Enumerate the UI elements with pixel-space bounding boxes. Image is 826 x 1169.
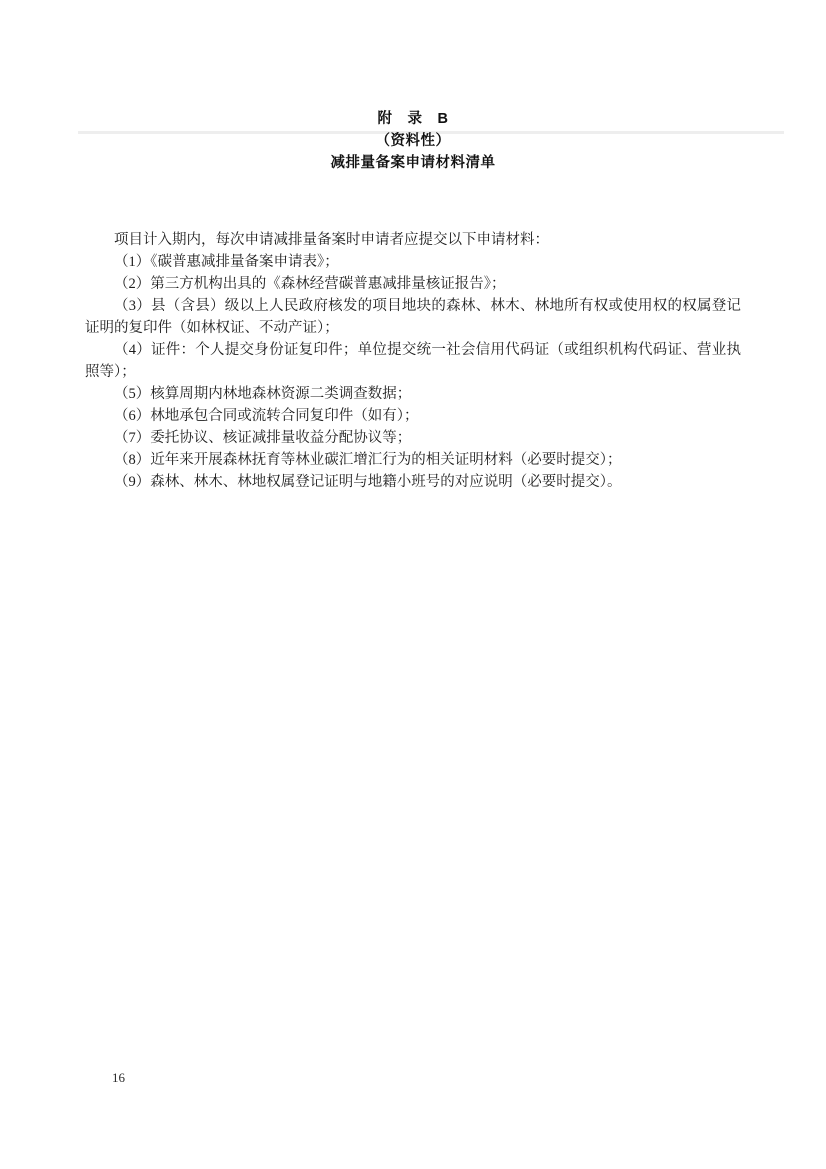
material-item-6: （6）林地承包合同或流转合同复印件（如有）；	[85, 405, 741, 427]
material-item-9: （9）森林、林木、林地权属登记证明与地籍小班号的对应说明（必要时提交）。	[85, 471, 741, 493]
document-page: 附 录 B （资料性） 减排量备案申请材料清单 项目计入期内，每次申请减排量备案…	[0, 0, 826, 1169]
material-item-4: （4）证件：个人提交身份证复印件；单位提交统一社会信用代码证（或组织机构代码证、…	[85, 339, 741, 383]
appendix-heading-block: 附 录 B （资料性） 减排量备案申请材料清单	[0, 108, 826, 174]
material-item-7: （7）委托协议、核证减排量收益分配协议等；	[85, 427, 741, 449]
material-item-3: （3）县（含县）级以上人民政府核发的项目地块的森林、林木、林地所有权或使用权的权…	[85, 295, 741, 339]
appendix-type-note: （资料性）	[0, 130, 826, 152]
material-item-8: （8）近年来开展森林抚育等林业碳汇增汇行为的相关证明材料（必要时提交）；	[85, 449, 741, 471]
appendix-label: 附 录 B	[0, 108, 826, 130]
appendix-title: 减排量备案申请材料清单	[0, 152, 826, 174]
material-item-1: （1）《碳普惠减排量备案申请表》；	[85, 251, 741, 273]
page-number: 16	[112, 1070, 125, 1086]
material-item-2: （2）第三方机构出具的《森林经营碳普惠减排量核证报告》；	[85, 273, 741, 295]
materials-list-body: 项目计入期内，每次申请减排量备案时申请者应提交以下申请材料： （1）《碳普惠减排…	[85, 229, 741, 493]
intro-paragraph: 项目计入期内，每次申请减排量备案时申请者应提交以下申请材料：	[85, 229, 741, 251]
material-item-5: （5）核算周期内林地森林资源二类调查数据；	[85, 383, 741, 405]
